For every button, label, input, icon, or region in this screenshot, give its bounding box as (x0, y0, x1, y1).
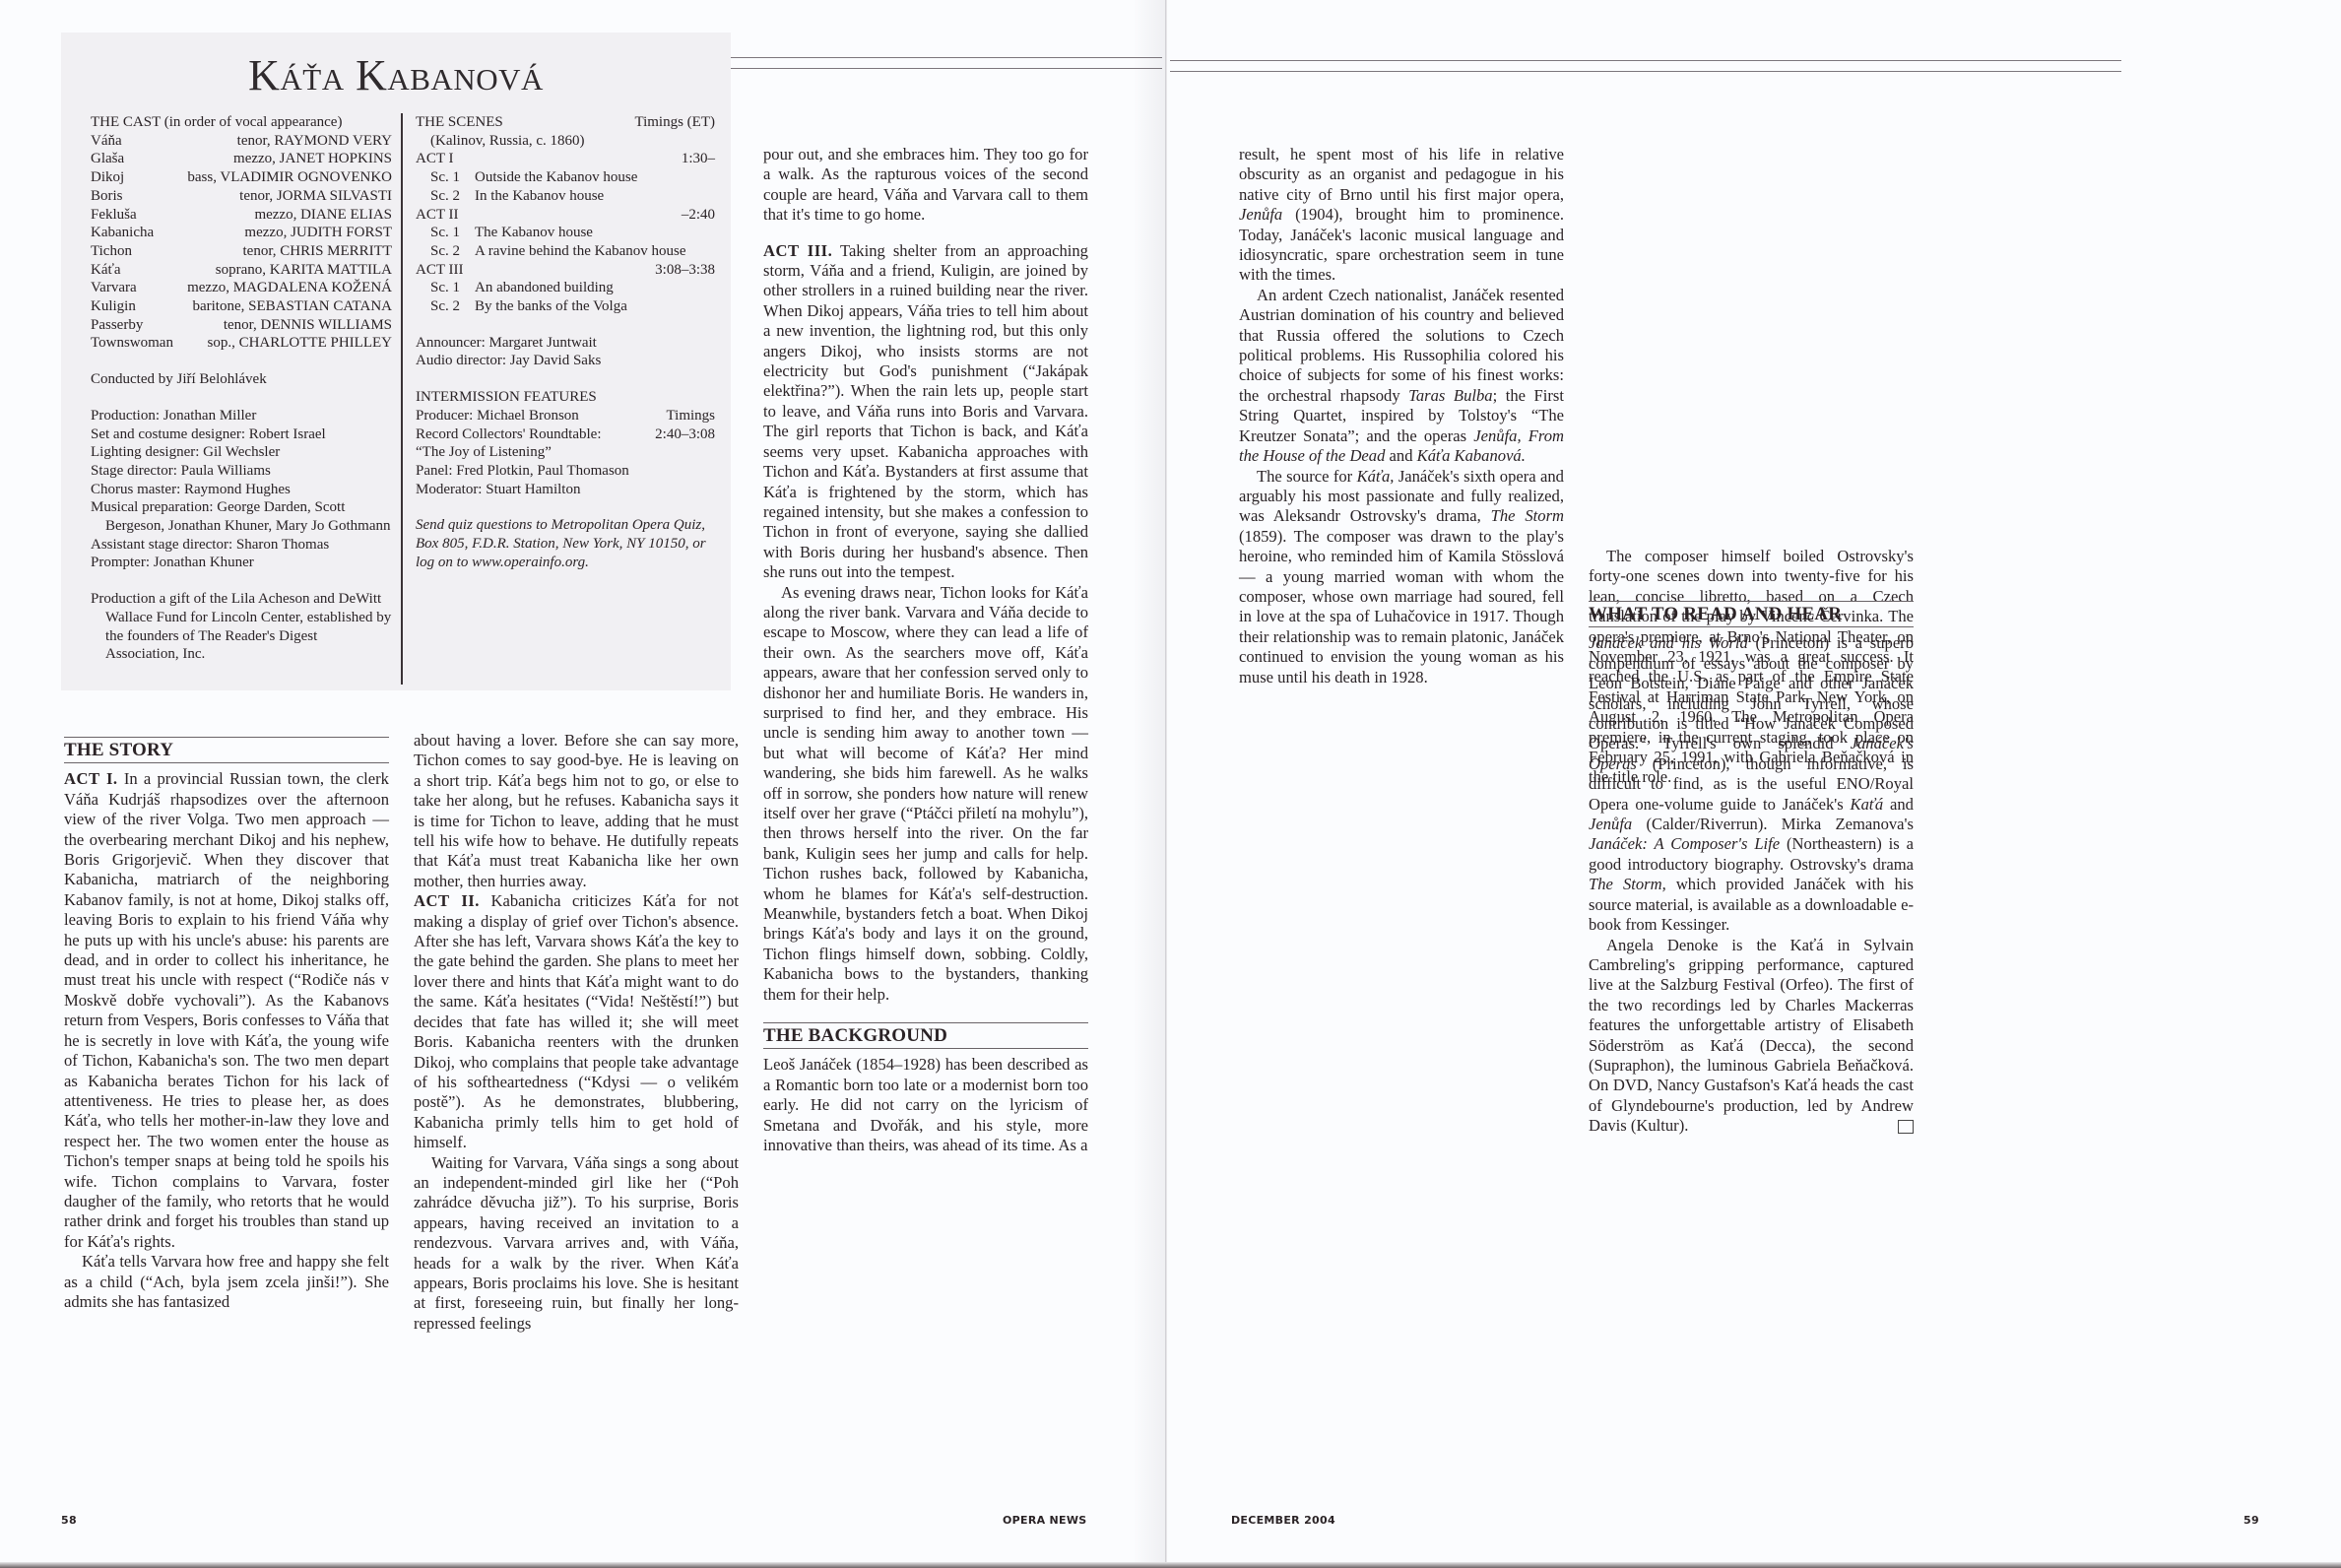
scene-number: Sc. 1 (430, 279, 475, 297)
title-taras-bulba: Taras Bulba (1408, 386, 1492, 405)
right-page-number: 59 (2243, 1514, 2259, 1527)
and-text: and (1390, 446, 1413, 465)
scene-description: The Kabanov house (475, 224, 593, 242)
intermission-producer: Producer: Michael Bronson (416, 407, 579, 425)
credit-line: Set and costume designer: Robert Israel (91, 425, 392, 444)
background-p1-end: (1904), brought him to prominence. Today… (1239, 205, 1564, 284)
background-p3c: (1859). The composer was drawn to the pl… (1239, 527, 1564, 686)
scene-number: Sc. 2 (430, 242, 475, 261)
read-p1c: (Calder/Riverrun). Mirka Zemanova's (1646, 815, 1914, 833)
credit-line: Chorus master: Raymond Hughes (91, 481, 392, 499)
act2-paragraph-2: Waiting for Varvara, Váňa sings a song a… (414, 1153, 739, 1335)
cast-row: Boristenor, JORMA SILVASTI (91, 187, 392, 206)
roundtable-title: “The Joy of Listening” (416, 443, 715, 462)
act-row: ACT III3:08–3:38 (416, 261, 715, 280)
cast-performer: baritone, SEBASTIAN CATANA (192, 297, 392, 316)
title-the-storm: The Storm (1491, 506, 1564, 525)
story-heading: THE STORY (64, 737, 389, 763)
cast-role: Káťa (91, 261, 121, 280)
title-kata-kabanova: Káťa Kabanová. (1417, 446, 1526, 465)
cast-performer: tenor, DENNIS WILLIAMS (224, 316, 392, 335)
scene-row: Sc. 1Outside the Kabanov house (416, 168, 715, 187)
act-label: ACT III (416, 261, 463, 280)
quiz-note: Send quiz questions to Metropolitan Oper… (416, 516, 715, 571)
cast-role: Váňa (91, 132, 122, 151)
announcer: Announcer: Margaret Juntwait (416, 334, 715, 353)
scene-description: In the Kabanov house (475, 187, 604, 206)
cast-row: Varvaramezzo, MAGDALENA KOŽENÁ (91, 279, 392, 297)
act-label: ACT II (416, 206, 458, 225)
roundtable-timing: 2:40–3:08 (655, 425, 715, 444)
double-rule-right (1170, 60, 2121, 72)
title-kata-guide: Kaťá (1851, 795, 1884, 814)
conductor: Conducted by Jiří Belohlávek (91, 370, 392, 389)
page-bottom-edge (0, 1562, 2341, 1568)
act2-label: ACT II. (414, 891, 480, 910)
opera-title: Káťa Kabanová (61, 50, 731, 100)
act1-paragraph-2: Káťa tells Varvara how free and happy sh… (64, 1252, 389, 1312)
credit-line: Prompter: Jonathan Khuner (91, 554, 392, 572)
story-column-2: about having a lover. Before she can say… (414, 731, 739, 1334)
cast-performer: mezzo, JUDITH FORST (244, 224, 392, 242)
page-gutter (1165, 0, 1167, 1568)
credit-line: Stage director: Paula Williams (91, 462, 392, 481)
box-divider (401, 113, 403, 685)
cast-row: Tichontenor, CHRIS MERRITT (91, 242, 392, 261)
cast-performer: sop., CHARLOTTE PHILLEY (208, 334, 393, 353)
cast-list: Váňatenor, RAYMOND VERYGlašamezzo, JANET… (91, 132, 392, 353)
story-column-3: pour out, and she embraces him. They too… (763, 145, 1088, 1156)
background-p3a: The source for (1257, 467, 1352, 486)
act-timing: 1:30– (682, 150, 715, 168)
cast-role: Townswoman (91, 334, 173, 353)
cast-performer: mezzo, DIANE ELIAS (254, 206, 392, 225)
double-rule-left (731, 57, 1162, 69)
scene-number: Sc. 2 (430, 187, 475, 206)
background-heading: THE BACKGROUND (763, 1022, 1088, 1049)
cast-row: Kuliginbaritone, SEBASTIAN CATANA (91, 297, 392, 316)
title-jenufa: Jenůfa (1239, 205, 1282, 224)
book-the-storm: The Storm, (1589, 875, 1666, 893)
left-page-number: 58 (61, 1514, 77, 1527)
and-text-2: and (1890, 795, 1914, 814)
audio-director: Audio director: Jay David Saks (416, 352, 715, 370)
cast-performer: mezzo, MAGDALENA KOŽENÁ (187, 279, 392, 297)
scene-row: Sc. 1An abandoned building (416, 279, 715, 297)
cast-performer: tenor, CHRIS MERRITT (243, 242, 392, 261)
intermission-timings-label: Timings (667, 407, 715, 425)
title-jenufa-guide: Jenůfa (1589, 815, 1632, 833)
credit-line: Production: Jonathan Miller (91, 407, 392, 425)
background-column-1: result, he spent most of his life in rel… (1239, 145, 1564, 687)
act-row: ACT II–2:40 (416, 206, 715, 225)
act1-text: In a provincial Russian town, the clerk … (64, 769, 389, 1250)
page-gutter-shadow (1133, 0, 1166, 1568)
cast-column: THE CAST (in order of vocal appearance) … (91, 113, 392, 664)
scenes-heading: THE SCENES (416, 113, 503, 132)
scenes-column: THE SCENES Timings (ET) (Kalinov, Russia… (416, 113, 715, 571)
scene-row: Sc. 2In the Kabanov house (416, 187, 715, 206)
book-composers-life: Janáček: A Composer's Life (1589, 834, 1780, 853)
scene-description: A ravine behind the Kabanov house (475, 242, 686, 261)
roundtable: Record Collectors' Roundtable: (416, 425, 602, 444)
act3-label: ACT III. (763, 241, 832, 260)
credit-line: Lighting designer: Gil Wechsler (91, 443, 392, 462)
cast-role: Boris (91, 187, 123, 206)
cast-row: Passerbytenor, DENNIS WILLIAMS (91, 316, 392, 335)
credit-line: Musical preparation: George Darden, Scot… (91, 498, 392, 535)
cast-role: Glaša (91, 150, 124, 168)
cast-role: Dikoj (91, 168, 124, 187)
cast-row: Townswomansop., CHARLOTTE PHILLEY (91, 334, 392, 353)
cast-performer: soprano, KARITA MATTILA (216, 261, 392, 280)
cast-role: Kabanicha (91, 224, 154, 242)
cast-performer: tenor, JORMA SILVASTI (239, 187, 392, 206)
scene-row: Sc. 1The Kabanov house (416, 224, 715, 242)
act3-text: Taking shelter from an approaching storm… (763, 241, 1088, 582)
right-issue-date: DECEMBER 2004 (1231, 1514, 1335, 1527)
cast-role: Fekluša (91, 206, 137, 225)
timings-heading: Timings (ET) (634, 113, 715, 132)
read-hear-heading: WHAT TO READ AND HEAR (1589, 601, 1914, 627)
act-timing: 3:08–3:38 (655, 261, 715, 280)
act3-paragraph-2: As evening draws near, Tichon looks for … (763, 583, 1088, 1006)
acts-list: ACT I1:30–Sc. 1Outside the Kabanov house… (416, 150, 715, 315)
scene-row: Sc. 2A ravine behind the Kabanov house (416, 242, 715, 261)
scene-number: Sc. 1 (430, 224, 475, 242)
act-label: ACT I (416, 150, 453, 168)
setting: (Kalinov, Russia, c. 1860) (416, 132, 715, 151)
cast-role: Tichon (91, 242, 132, 261)
cast-performer: bass, VLADIMIR OGNOVENKO (187, 168, 392, 187)
read-hear-column: WHAT TO READ AND HEAR Janáček and his Wo… (1589, 601, 1914, 1137)
cast-row: Váňatenor, RAYMOND VERY (91, 132, 392, 151)
story-column-1: THE STORY ACT I. In a provincial Russian… (64, 737, 389, 1312)
scene-description: By the banks of the Volga (475, 297, 627, 316)
production-gift: Production a gift of the Lila Acheson an… (91, 590, 392, 664)
scene-number: Sc. 2 (430, 297, 475, 316)
cast-role: Kuligin (91, 297, 136, 316)
act1-label: ACT I. (64, 769, 118, 788)
act2-text: Kabanicha criticizes Káťa for not making… (414, 891, 739, 1151)
cast-performer: mezzo, JANET HOPKINS (233, 150, 392, 168)
cast-row: Feklušamezzo, DIANE ELIAS (91, 206, 392, 225)
left-publication-name: OPERA NEWS (1003, 1514, 1087, 1527)
credit-line: Assistant stage director: Sharon Thomas (91, 536, 392, 555)
end-of-article-mark-icon (1898, 1120, 1914, 1134)
scene-description: An abandoned building (475, 279, 614, 297)
cast-info-box: Káťa Kabanová THE CAST (in order of voca… (61, 33, 731, 690)
act-row: ACT I1:30– (416, 150, 715, 168)
book-janacek-world: Janáček and his World (1589, 633, 1748, 652)
col3-paragraph-1: pour out, and she embraces him. They too… (763, 145, 1088, 226)
cast-row: Káťasoprano, KARITA MATTILA (91, 261, 392, 280)
intermission-heading: INTERMISSION FEATURES (416, 388, 715, 407)
scene-description: Outside the Kabanov house (475, 168, 637, 187)
panel: Panel: Fred Plotkin, Paul Thomason (416, 462, 715, 481)
moderator: Moderator: Stuart Hamilton (416, 481, 715, 499)
credits-list: Production: Jonathan MillerSet and costu… (91, 407, 392, 572)
cast-row: Kabanichamezzo, JUDITH FORST (91, 224, 392, 242)
cast-performer: tenor, RAYMOND VERY (237, 132, 392, 151)
cast-row: Dikojbass, VLADIMIR OGNOVENKO (91, 168, 392, 187)
read-p2: Angela Denoke is the Kaťá in Sylvain Cam… (1589, 936, 1914, 1136)
cast-heading: THE CAST (in order of vocal appearance) (91, 113, 392, 132)
scene-row: Sc. 2By the banks of the Volga (416, 297, 715, 316)
col2-paragraph-1: about having a lover. Before she can say… (414, 731, 739, 891)
scene-number: Sc. 1 (430, 168, 475, 187)
title-kata: Káťa, (1357, 467, 1395, 486)
background-p1-cont: result, he spent most of his life in rel… (1239, 145, 1564, 204)
act-timing: –2:40 (682, 206, 715, 225)
cast-row: Glašamezzo, JANET HOPKINS (91, 150, 392, 168)
background-paragraph-1-start: Leoš Janáček (1854–1928) has been descri… (763, 1055, 1088, 1155)
cast-role: Passerby (91, 316, 143, 335)
cast-role: Varvara (91, 279, 137, 297)
